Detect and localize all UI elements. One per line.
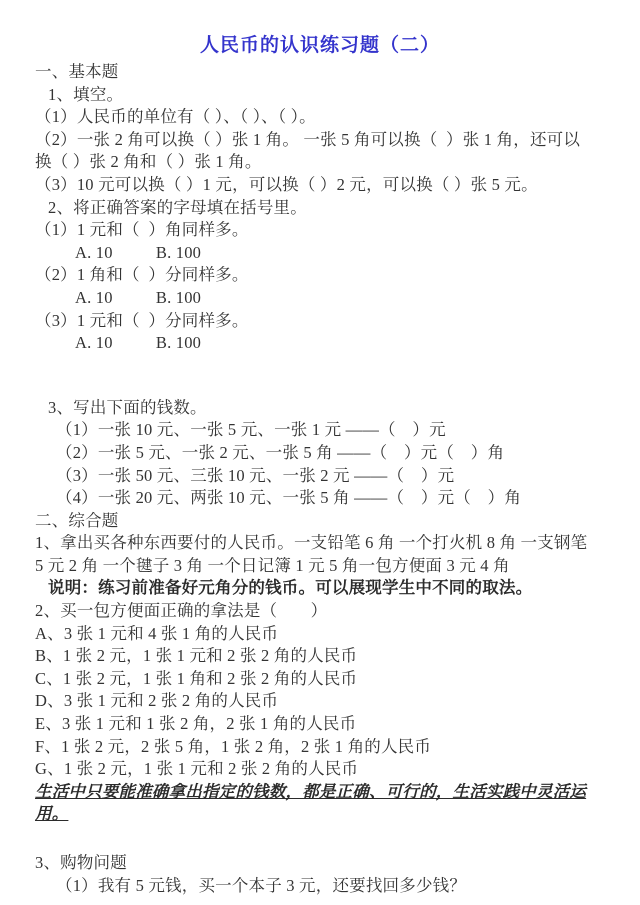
worksheet-body: 一、基本题1、填空。（1）人民币的单位有（ ）、（ ）、（ ）。（2）一张 2 … (0, 61, 640, 897)
text-line: （1）一张 10 元、一张 5 元、一张 1 元 ——（ ）元 (35, 419, 614, 442)
text-line: 二、综合题 (35, 510, 614, 533)
text-line: （2）一张 5 元、一张 2 元、一张 5 角 ——（ ）元（ ）角 (35, 442, 614, 465)
text-line: D、3 张 1 元和 2 张 2 角的人民币 (35, 690, 614, 713)
text-line: 1、填空。 (35, 84, 614, 107)
text-line: A、3 张 1 元和 4 张 1 角的人民币 (35, 623, 614, 646)
text-line: （4）一张 20 元、两张 10 元、一张 5 角 ——（ ）元（ ）角 (35, 487, 614, 510)
text-line: 换（ ）张 2 角和（ ）张 1 角。 (35, 151, 614, 174)
text-line: B、1 张 2 元，1 张 1 元和 2 张 2 角的人民币 (35, 645, 614, 668)
text-line: F、1 张 2 元，2 张 5 角，1 张 2 角，2 张 1 角的人民币 (35, 736, 614, 759)
text-line: 一、基本题 (35, 61, 614, 84)
worksheet-page: 人民币的认识练习题（二） 一、基本题1、填空。（1）人民币的单位有（ ）、（ ）… (0, 0, 640, 905)
text-line: 3、购物问题 (35, 852, 614, 875)
text-line: （1）1 元和（ ）角同样多。 (35, 219, 614, 242)
text-line: 2、将正确答案的字母填在括号里。 (35, 197, 614, 220)
text-line: （1）我有 5 元钱，买一个本子 3 元，还要找回多少钱？ (35, 875, 614, 898)
text-line: 说明：练习前准备好元角分的钱币。可以展现学生中不同的取法。 (35, 577, 614, 600)
text-line: （3）1 元和（ ）分同样多。 (35, 310, 614, 333)
text-line: 2、买一包方便面正确的拿法是（ ） (35, 600, 614, 623)
text-line: G、1 张 2 元，1 张 1 元和 2 张 2 角的人民币 (35, 758, 614, 781)
text-line: A. 10 B. 100 (35, 242, 614, 265)
text-line: 生活中只要能准确拿出指定的钱数，都是正确、可行的，生活实践中灵活运用。 (35, 781, 614, 826)
text-line: （3）10 元可以换（ ）1 元，可以换（ ）2 元，可以换（ ）张 5 元。 (35, 174, 614, 197)
text-line: 1、拿出买各种东西要付的人民币。一支铅笔 6 角 一个打火机 8 角 一支钢笔 (35, 532, 614, 555)
text-line: 3、写出下面的钱数。 (35, 397, 614, 420)
text-line: E、3 张 1 元和 1 张 2 角，2 张 1 角的人民币 (35, 713, 614, 736)
text-line: 5 元 2 角 一个毽子 3 角 一个日记簿 1 元 5 角一包方便面 3 元 … (35, 555, 614, 578)
text-line: （1）人民币的单位有（ ）、（ ）、（ ）。 (35, 106, 614, 129)
text-line: A. 10 B. 100 (35, 332, 614, 355)
spacer (35, 826, 614, 852)
text-line: （2）1 角和（ ）分同样多。 (35, 264, 614, 287)
text-line: A. 10 B. 100 (35, 287, 614, 310)
text-line: （3）一张 50 元、三张 10 元、一张 2 元 ——（ ）元 (35, 465, 614, 488)
text-line: C、1 张 2 元，1 张 1 角和 2 张 2 角的人民币 (35, 668, 614, 691)
spacer (35, 355, 614, 397)
text-line: （2）一张 2 角可以换（ ）张 1 角。 一张 5 角可以换（ ）张 1 角，… (35, 129, 614, 152)
page-title: 人民币的认识练习题（二） (0, 34, 640, 58)
